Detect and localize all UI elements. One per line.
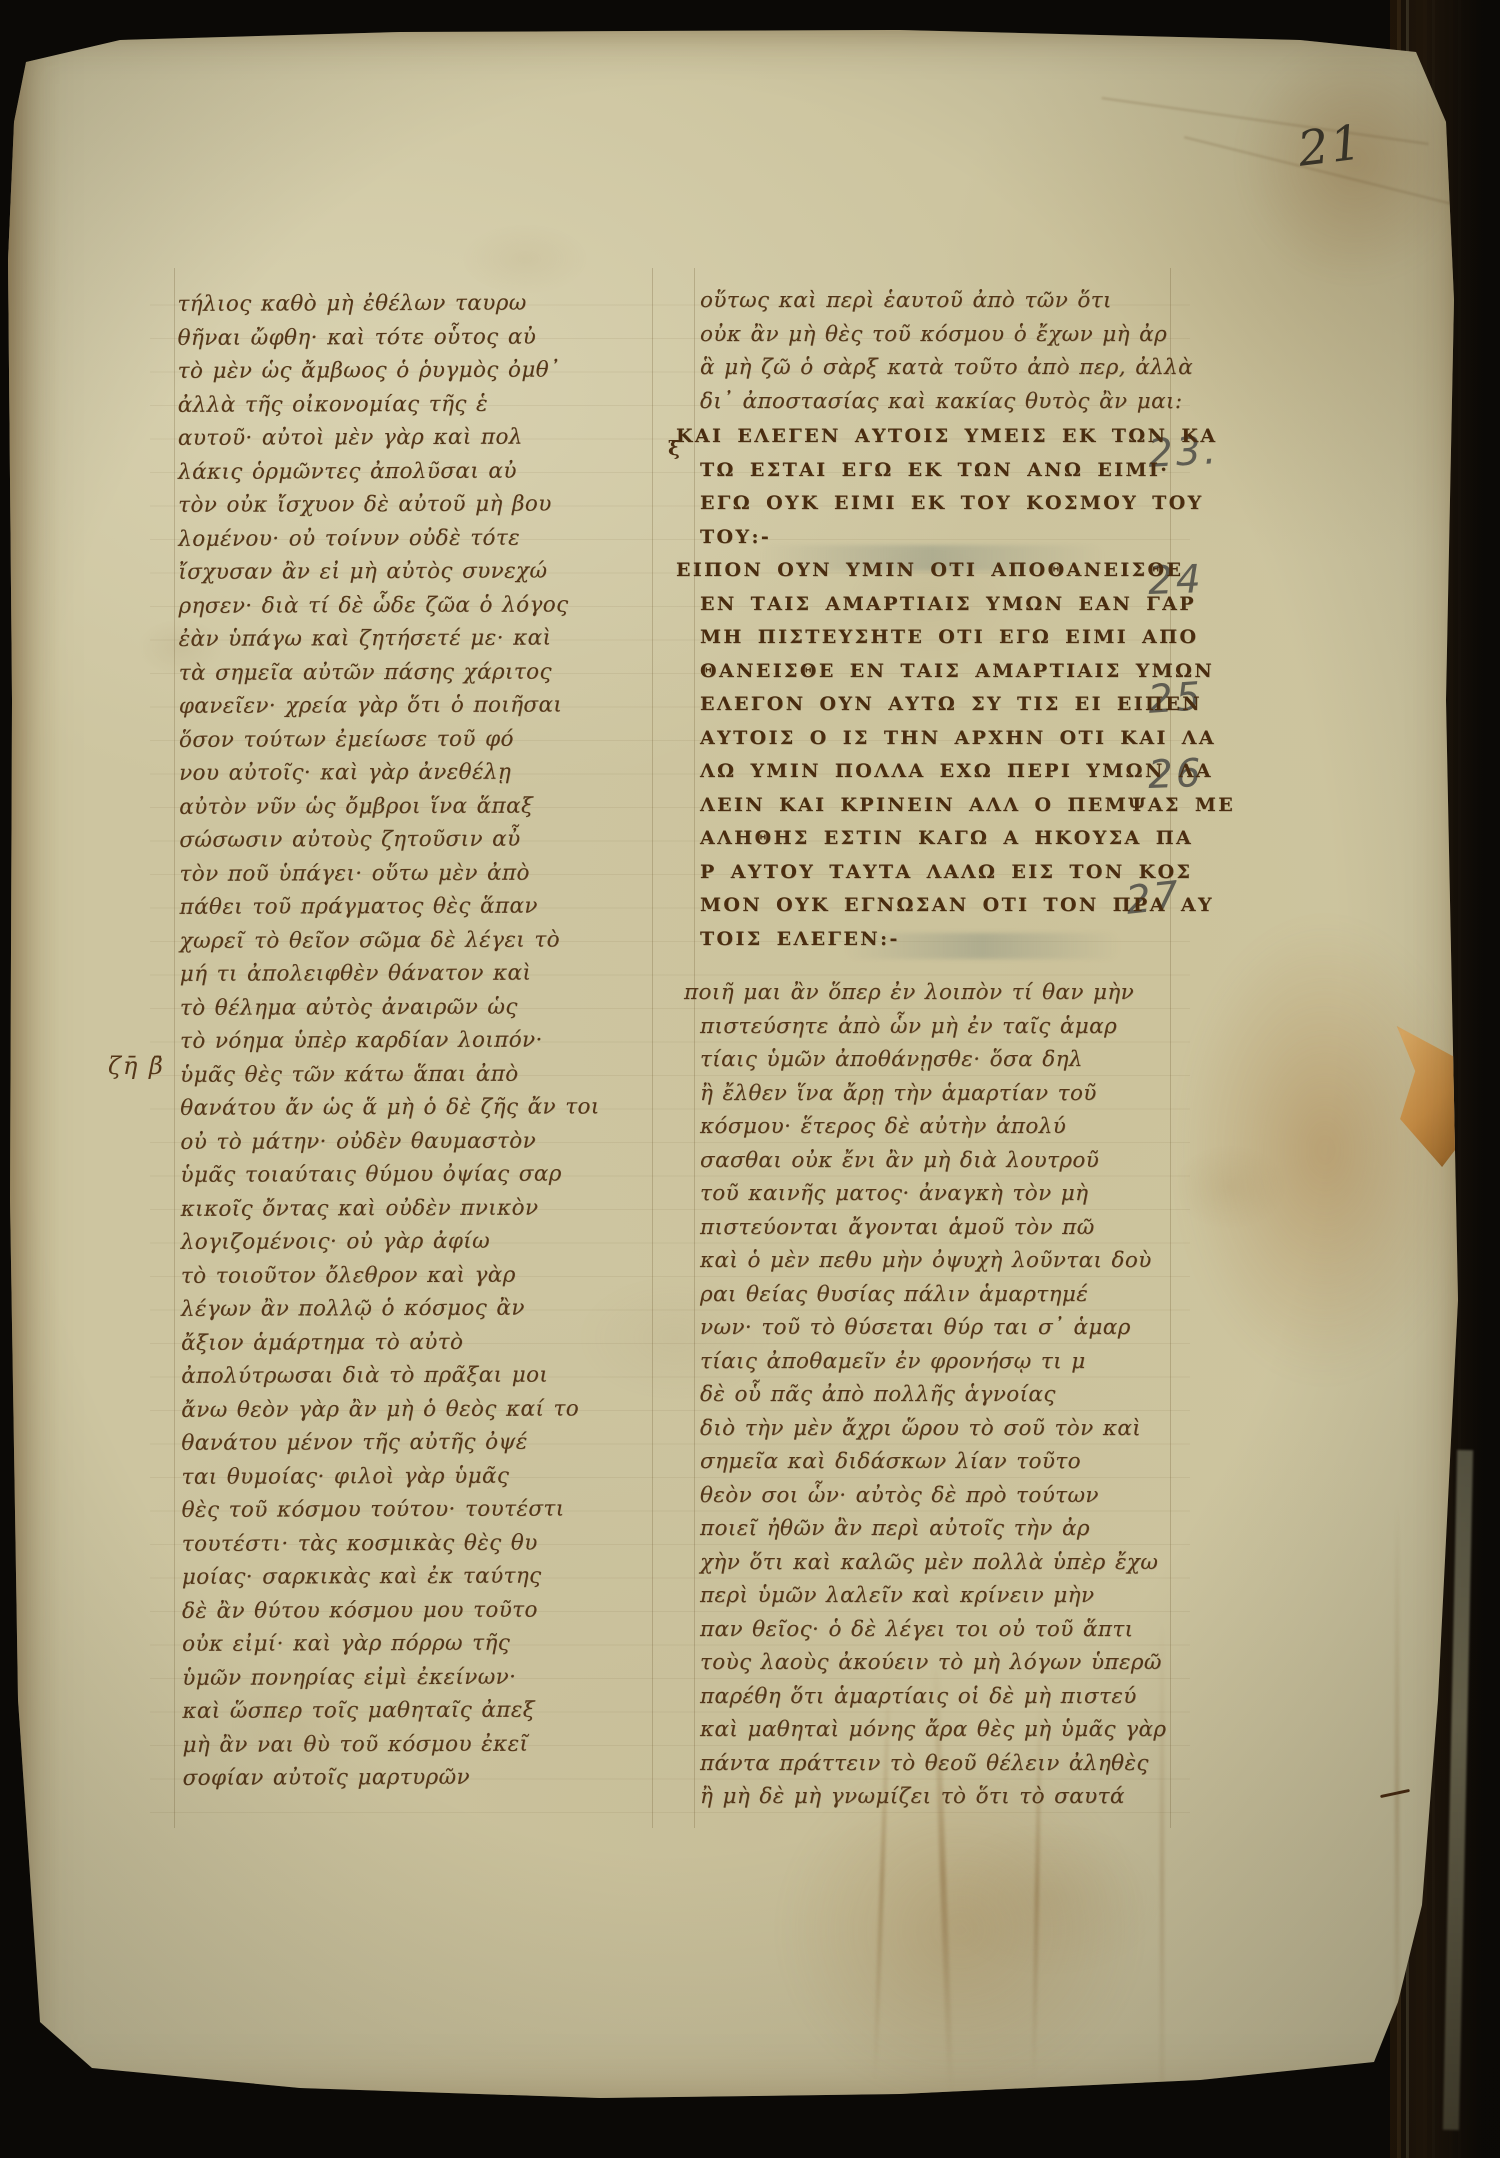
manuscript-text-line: ἃ μὴ ζῶ ὁ σὰρξ κατὰ τοῦτο ἀπὸ περ, ἀλλὰ bbox=[700, 351, 1180, 385]
uncial-text-line: Ρ ΑΥΤΟΥ ΤΑΥΤΑ ΛΑΛΩ ΕΙΣ ΤΟΝ ΚΟΣ bbox=[700, 856, 1180, 890]
manuscript-text-line: ἢ ἔλθεν ἵνα ἄρῃ τὴν ἁμαρτίαν τοῦ bbox=[700, 1077, 1180, 1111]
manuscript-text-line: δι᾽ ἀποστασίας καὶ κακίας θυτὸς ἂν μαι: bbox=[700, 385, 1180, 419]
manuscript-text-line: ἴσχυσαν ἂν εἰ μὴ αὐτὸς συνεχώ bbox=[178, 554, 652, 589]
manuscript-text-line: ὑμᾶς τοιαύταις θύμου ὀψίας σαρ bbox=[180, 1157, 654, 1192]
manuscript-text-line: οὐκ ἂν μὴ θὲς τοῦ κόσμου ὁ ἔχων μὴ ἀρ bbox=[700, 318, 1180, 352]
manuscript-text-line: σοφίαν αὐτοῖς μαρτυρῶν bbox=[183, 1760, 657, 1795]
manuscript-text-line: μοίας· σαρκικὰς καὶ ἐκ ταύτης bbox=[182, 1559, 656, 1594]
manuscript-text-line: τὸ νόημα ὑπὲρ καρδίαν λοιπόν· bbox=[180, 1023, 654, 1058]
manuscript-text-line: ὑμᾶς θὲς τῶν κάτω ἅπαι ἀπὸ bbox=[180, 1057, 654, 1092]
manuscript-text-line: καὶ μαθηταὶ μόνης ἄρα θὲς μὴ ὑμᾶς γὰρ bbox=[700, 1713, 1180, 1747]
parchment-leaf: 21 ζη̄ β̄ ξ̄ 23. 24 25 26 27 τήλιος καθὸ… bbox=[0, 0, 1500, 2158]
manuscript-text-line: καὶ ὁ μὲν πεθυ μὴν ὀψυχὴ λοῦνται δοὺ bbox=[700, 1244, 1180, 1278]
uncial-text-line: ΤΟΙΣ ΕΛΕΓΕΝ:- bbox=[700, 923, 1180, 957]
manuscript-text-line: δὲ ἂν θύτου κόσμου μου τοῦτο bbox=[182, 1593, 656, 1628]
uncial-text-line: ΘΑΝΕΙΣΘΕ ΕΝ ΤΑΙΣ ΑΜΑΡΤΙΑΙΣ ΥΜΩΝ bbox=[700, 655, 1180, 689]
fold-line bbox=[1101, 97, 1428, 145]
manuscript-text-line: αὐτὸν νῦν ὡς ὄμβροι ἵνα ἅπαξ bbox=[179, 789, 653, 824]
manuscript-text-line: ἀλλὰ τῆς οἰκονομίας τῆς ἑ bbox=[178, 387, 652, 422]
manuscript-text-line: κόσμου· ἕτερος δὲ αὐτὴν ἀπολύ bbox=[700, 1110, 1180, 1144]
manuscript-text-line: ἀπολύτρωσαι διὰ τὸ πρᾶξαι μοι bbox=[181, 1358, 655, 1393]
manuscript-text-line: σασθαι οὐκ ἔνι ἂν μὴ διὰ λουτροῦ bbox=[700, 1144, 1180, 1178]
manuscript-text-line: ὑμῶν πονηρίας εἰμὶ ἐκείνων· bbox=[182, 1660, 656, 1695]
manuscript-text-line: ποιεῖ ἠθῶν ἂν περὶ αὐτοῖς τὴν ἀρ bbox=[700, 1512, 1180, 1546]
manuscript-text-line: θανάτου ἄν ὡς ἅ μὴ ὁ δὲ ζῆς ἄν τοι bbox=[180, 1090, 654, 1125]
manuscript-text-line: τουτέστι· τὰς κοσμικὰς θὲς θυ bbox=[182, 1526, 656, 1561]
manuscript-text-line: θανάτου μένον τῆς αὐτῆς ὀψέ bbox=[181, 1425, 655, 1460]
manuscript-photo: 21 ζη̄ β̄ ξ̄ 23. 24 25 26 27 τήλιος καθὸ… bbox=[0, 0, 1500, 2158]
margin-section-mark: ζη̄ β̄ bbox=[108, 1052, 165, 1080]
folio-number: 21 bbox=[1295, 114, 1366, 178]
manuscript-text-line: πιστεύονται ἄγονται ἁμοῦ τὸν πῶ bbox=[700, 1211, 1180, 1245]
right-column-commentary-bottom: ποιῆ μαι ἂν ὅπερ ἐν λοιπὸν τί θαν μὴνπισ… bbox=[700, 976, 1180, 1814]
right-column-commentary-top: οὕτως καὶ περὶ ἑαυτοῦ ἀπὸ τῶν ὅτιοὐκ ἂν … bbox=[700, 284, 1180, 418]
uncial-text-line: ΕΝ ΤΑΙΣ ΑΜΑΡΤΙΑΙΣ ΥΜΩΝ ΕΑΝ ΓΑΡ bbox=[700, 588, 1180, 622]
manuscript-text-line: θεὸν σοι ὧν· αὐτὸς δὲ πρὸ τούτων bbox=[700, 1479, 1180, 1513]
manuscript-text-line: τήλιος καθὸ μὴ ἐθέλων ταυρω bbox=[177, 286, 651, 321]
manuscript-text-line: θῆναι ὤφθη· καὶ τότε οὗτος αὐ bbox=[177, 320, 651, 355]
manuscript-text-line: ὅσον τούτων ἐμείωσε τοῦ φό bbox=[179, 722, 653, 757]
manuscript-text-line: τοὺς λαοὺς ἀκούειν τὸ μὴ λόγων ὑπερῶ bbox=[700, 1646, 1180, 1680]
uncial-text-line: ΕΛΕΓΟΝ ΟΥΝ ΑΥΤΩ ΣΥ ΤΙΣ ΕΙ ΕΙΠΕΝ bbox=[700, 688, 1180, 722]
manuscript-text-line: ἢ μὴ δὲ μὴ γνωμίζει τὸ ὅτι τὸ σαυτά bbox=[700, 1780, 1180, 1814]
manuscript-text-line: θὲς τοῦ κόσμου τούτου· τουτέστι bbox=[182, 1492, 656, 1527]
manuscript-text-line: οὐκ εἰμί· καὶ γὰρ πόρρω τῆς bbox=[182, 1626, 656, 1661]
manuscript-text-line: οὐ τὸ μάτην· οὐδὲν θαυμαστὸν bbox=[180, 1124, 654, 1159]
uncial-text-line: ΜΗ ΠΙΣΤΕΥΣΗΤΕ ΟΤΙ ΕΓΩ ΕΙΜΙ ΑΠΟ bbox=[700, 621, 1180, 655]
manuscript-text-line: μὴ ἂν ναι θὺ τοῦ κόσμου ἐκεῖ bbox=[182, 1727, 656, 1762]
manuscript-text-line: αυτοῦ· αὐτοὶ μὲν γὰρ καὶ πολ bbox=[178, 420, 652, 455]
manuscript-text-line: ραι θείας θυσίας πάλιν ἁμαρτημέ bbox=[700, 1278, 1180, 1312]
manuscript-text-line: διὸ τὴν μὲν ἄχρι ὥρου τὸ σοῦ τὸν καὶ bbox=[700, 1412, 1180, 1446]
uncial-text-line: ΑΥΤΟΙΣ Ο ΙΣ ΤΗΝ ΑΡΧΗΝ ΟΤΙ ΚΑΙ ΛΑ bbox=[700, 722, 1180, 756]
manuscript-text-line: τὸν οὐκ ἴσχυον δὲ αὐτοῦ μὴ βου bbox=[178, 487, 652, 522]
manuscript-text-line: ἄξιον ἁμάρτημα τὸ αὐτὸ bbox=[181, 1325, 655, 1360]
uncial-text-line: ΜΟΝ ΟΥΚ ΕΓΝΩΣΑΝ ΟΤΙ ΤΟΝ ΠΡΑ ΑΥ bbox=[700, 889, 1180, 923]
manuscript-text-line: νων· τοῦ τὸ θύσεται θύρ ται σ᾽ ἁμαρ bbox=[700, 1311, 1180, 1345]
uncial-text-line: ΕΓΩ ΟΥΚ ΕΙΜΙ ΕΚ ΤΟΥ ΚΟΣΜΟΥ ΤΟΥ bbox=[700, 487, 1180, 521]
manuscript-text-line: σώσωσιν αὐτοὺς ζητοῦσιν αὖ bbox=[179, 822, 653, 857]
manuscript-text-line: τίαις ὑμῶν ἀποθάνῃσθε· ὅσα δηλ bbox=[700, 1043, 1180, 1077]
manuscript-text-line: παρέθη ὅτι ἁμαρτίαις οἱ δὲ μὴ πιστεύ bbox=[700, 1680, 1180, 1714]
manuscript-text-line: τίαις ἀποθαμεῖν ἐν φρονήσῳ τι μ bbox=[700, 1345, 1180, 1379]
uncial-text-line: ΤΩ ΕΣΤΑΙ ΕΓΩ ΕΚ ΤΩΝ ΑΝΩ ΕΙΜΙ· bbox=[700, 454, 1180, 488]
manuscript-text-line: κικοῖς ὄντας καὶ οὐδὲν πνικὸν bbox=[181, 1191, 655, 1226]
manuscript-text-line: δὲ οὗ πᾶς ἀπὸ πολλῆς ἁγνοίας bbox=[700, 1378, 1180, 1412]
manuscript-text-line: φανεῖεν· χρεία γὰρ ὅτι ὁ ποιῆσαι bbox=[179, 688, 653, 723]
manuscript-text-line: ται θυμοίας· φιλοὶ γὰρ ὑμᾶς bbox=[181, 1459, 655, 1494]
uncial-text-line: ΚΑΙ ΕΛΕΓΕΝ ΑΥΤΟΙΣ ΥΜΕΙΣ ΕΚ ΤΩΝ ΚΑ bbox=[676, 420, 1180, 454]
manuscript-text-line: ποιῆ μαι ἂν ὅπερ ἐν λοιπὸν τί θαν μὴν bbox=[684, 976, 1180, 1010]
manuscript-text-line: χωρεῖ τὸ θεῖον σῶμα δὲ λέγει τὸ bbox=[180, 923, 654, 958]
manuscript-text-line: πιστεύσητε ἀπὸ ὧν μὴ ἐν ταῖς ἁμαρ bbox=[700, 1010, 1180, 1044]
margin-ink-stroke bbox=[1380, 1789, 1410, 1798]
manuscript-text-line: τὸ θέλημα αὐτὸς ἀναιρῶν ὡς bbox=[180, 990, 654, 1025]
column-guide-line bbox=[694, 268, 695, 1828]
manuscript-text-line: σημεῖα καὶ διδάσκων λίαν τοῦτο bbox=[700, 1445, 1180, 1479]
manuscript-text-line: μή τι ἀπολειφθὲν θάνατον καὶ bbox=[180, 956, 654, 991]
manuscript-text-line: τοῦ καινῆς ματος· ἀναγκὴ τὸν μὴ bbox=[700, 1177, 1180, 1211]
manuscript-text-line: ἐὰν ὑπάγω καὶ ζητήσετέ με· καὶ bbox=[179, 621, 653, 656]
uncial-text-line: ΛΕΙΝ ΚΑΙ ΚΡΙΝΕΙΝ ΑΛΛ Ο ΠΕΜΨΑΣ ΜΕ bbox=[700, 789, 1180, 823]
manuscript-text-line: περὶ ὑμῶν λαλεῖν καὶ κρίνειν μὴν bbox=[700, 1579, 1180, 1613]
manuscript-text-line: οὕτως καὶ περὶ ἑαυτοῦ ἀπὸ τῶν ὅτι bbox=[700, 284, 1180, 318]
manuscript-text-line: χὴν ὅτι καὶ καλῶς μὲν πολλὰ ὑπὲρ ἔχω bbox=[700, 1546, 1180, 1580]
left-text-column: τήλιος καθὸ μὴ ἐθέλων ταυρωθῆναι ὤφθη· κ… bbox=[177, 286, 656, 1795]
manuscript-text-line: νου αὐτοῖς· καὶ γὰρ ἀνεθέλῃ bbox=[179, 755, 653, 790]
manuscript-text-line: λέγων ἂν πολλῷ ὁ κόσμος ἂν bbox=[181, 1291, 655, 1326]
manuscript-text-line: τὸν ποῦ ὑπάγει· οὕτω μὲν ἀπὸ bbox=[179, 856, 653, 891]
uncial-text-line: ΑΛΗΘΗΣ ΕΣΤΙΝ ΚΑΓΩ Α ΗΚΟΥΣΑ ΠΑ bbox=[700, 822, 1180, 856]
manuscript-text-line: λάκις ὁρμῶντες ἀπολῦσαι αὐ bbox=[178, 454, 652, 489]
manuscript-text-line: λογιζομένοις· οὐ γὰρ ἀφίω bbox=[181, 1224, 655, 1259]
uncial-text-line: ΕΙΠΟΝ ΟΥΝ ΥΜΙΝ ΟΤΙ ΑΠΟΘΑΝΕΙΣΘΕ bbox=[676, 554, 1180, 588]
manuscript-text-line: καὶ ὥσπερ τοῖς μαθηταῖς ἀπεξ bbox=[182, 1693, 656, 1728]
column-guide-line bbox=[174, 268, 175, 1828]
manuscript-text-line: πάθει τοῦ πράγματος θὲς ἅπαν bbox=[179, 889, 653, 924]
manuscript-text-line: παν θεῖος· ὁ δὲ λέγει τοι οὐ τοῦ ἅπτι bbox=[700, 1613, 1180, 1647]
gospel-lemma-uncial-block: ΚΑΙ ΕΛΕΓΕΝ ΑΥΤΟΙΣ ΥΜΕΙΣ ΕΚ ΤΩΝ ΚΑΤΩ ΕΣΤΑ… bbox=[700, 420, 1180, 956]
manuscript-text-line: ρησεν· διὰ τί δὲ ὧδε ζῶα ὁ λόγος bbox=[178, 588, 652, 623]
water-stain bbox=[1180, 920, 1470, 1380]
manuscript-text-line: τὸ μὲν ὡς ἄμβωος ὁ ῥυγμὸς ὀμθ᾽ bbox=[178, 353, 652, 388]
manuscript-text-line: λομένου· οὐ τοίνυν οὐδὲ τότε bbox=[178, 521, 652, 556]
manuscript-text-line: τὸ τοιοῦτον ὄλεθρον καὶ γὰρ bbox=[181, 1258, 655, 1293]
manuscript-text-line: πάντα πράττειν τὸ θεοῦ θέλειν ἀληθὲς bbox=[700, 1747, 1180, 1781]
uncial-text-line: ΤΟΥ:- bbox=[700, 521, 1180, 555]
manuscript-text-line: τὰ σημεῖα αὐτῶν πάσης χάριτος bbox=[179, 655, 653, 690]
uncial-text-line: ΛΩ ΥΜΙΝ ΠΟΛΛΑ ΕΧΩ ΠΕΡΙ ΥΜΩΝ ΛΑ bbox=[700, 755, 1180, 789]
manuscript-text-line: ἄνω θεὸν γὰρ ἂν μὴ ὁ θεὸς καί το bbox=[181, 1392, 655, 1427]
